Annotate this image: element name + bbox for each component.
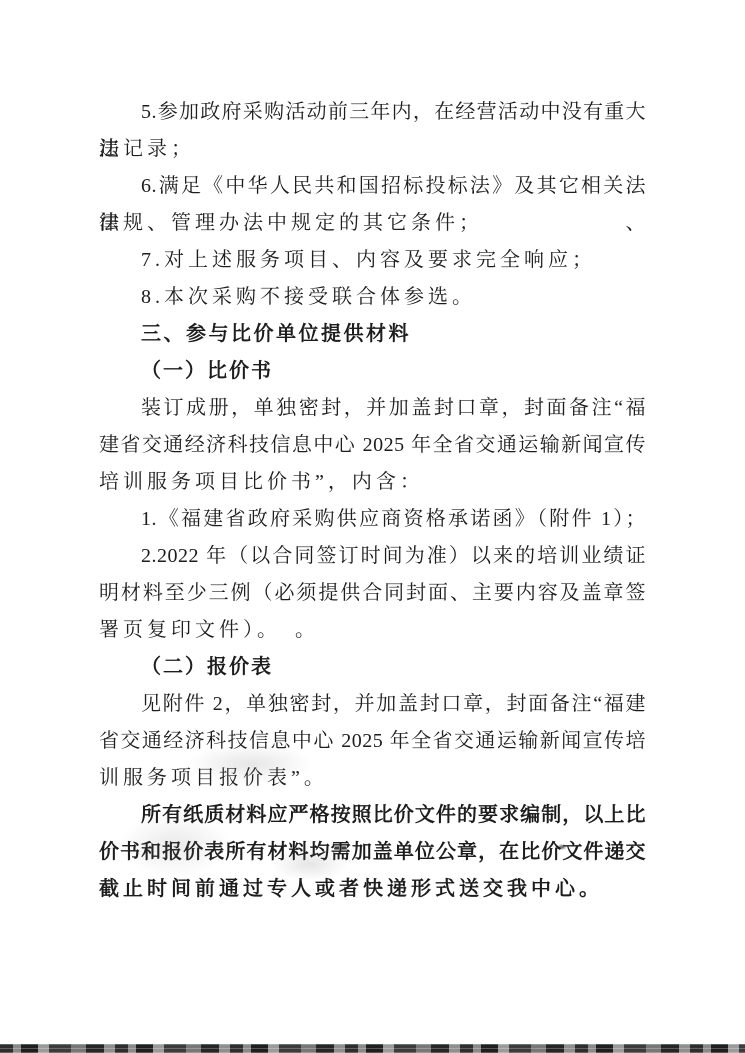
binding-para-line-2: 建省交通经济科技信息中心 2025 年全省交通运输新闻宣传 [99, 427, 646, 464]
binding-para-line-3: 培训服务项目比价书”，内含： [99, 464, 646, 501]
submission-notice-line-3: 截止时间前通过专人或者快递形式送交我中心。 [99, 871, 646, 908]
submission-notice-line-2: 价书和报价表所有材料均需加盖单位公章，在比价文件递交 [99, 834, 646, 871]
section-heading-3: 三、参与比价单位提供材料 [99, 316, 646, 353]
clause-6-line-1: 6.满足《中华人民共和国招标投标法》及其它相关法律、 [99, 168, 646, 205]
document-page: 5.参加政府采购活动前三年内，在经营活动中没有重大违 法记录； 6.满足《中华人… [99, 94, 646, 908]
attachment-item-2-line-1: 2.2022 年（以合同签订时间为准）以来的培训业绩证 [99, 538, 646, 575]
clause-7: 7.对上述服务项目、内容及要求完全响应； [99, 242, 646, 279]
attachment-item-2-line-3: 署页复印文件）。 。 [99, 612, 646, 649]
clause-5-line-1: 5.参加政府采购活动前三年内，在经营活动中没有重大违 [99, 94, 646, 131]
submission-notice-line-1: 所有纸质材料应严格按照比价文件的要求编制，以上比 [99, 797, 646, 834]
subsection-heading-2: （二）报价表 [99, 649, 646, 686]
clause-5-line-2: 法记录； [99, 131, 646, 168]
quote-sheet-para-line-1: 见附件 2，单独密封，并加盖封口章，封面备注“福建 [99, 686, 646, 723]
scan-edge-artifact [0, 1044, 745, 1053]
binding-para-line-1: 装订成册，单独密封，并加盖封口章，封面备注“福 [99, 390, 646, 427]
subsection-heading-1: （一）比价书 [99, 353, 646, 390]
clause-8: 8.本次采购不接受联合体参选。 [99, 279, 646, 316]
attachment-item-1: 1.《福建省政府采购供应商资格承诺函》（附件 1）； [99, 501, 646, 538]
quote-sheet-para-line-2: 省交通经济科技信息中心 2025 年全省交通运输新闻宣传培 [99, 723, 646, 760]
quote-sheet-para-line-3: 训服务项目报价表”。 [99, 760, 646, 797]
attachment-item-2-line-2: 明材料至少三例（必须提供合同封面、主要内容及盖章签 [99, 575, 646, 612]
